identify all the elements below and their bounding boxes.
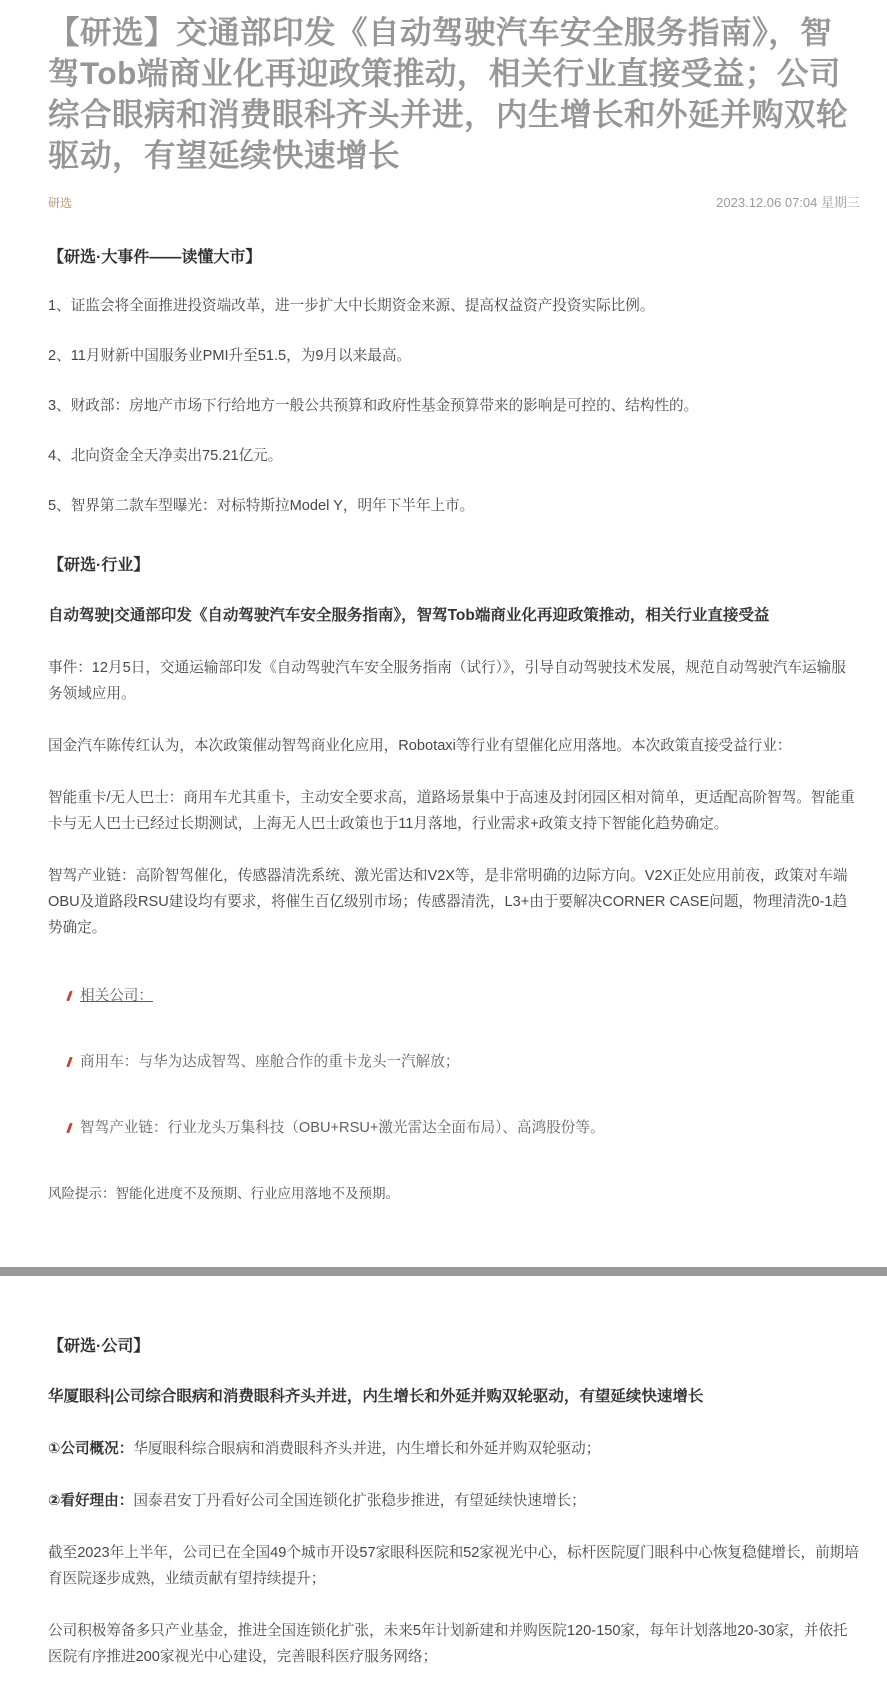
bullet-related-companies: 相关公司： [48, 983, 860, 1009]
section-divider [0, 1267, 887, 1276]
market-item-1: 1、证监会将全面推进投资端改革，进一步扩大中长期资金来源、提高权益资产投资实际比… [48, 293, 860, 319]
market-item-3: 3、财政部：房地产市场下行给地方一般公共预算和政府性基金预算带来的影响是可控的、… [48, 393, 860, 419]
point-text: 华厦眼科综合眼病和消费眼科齐头并进，内生增长和外延并购双轮驱动； [133, 1441, 600, 1457]
point-label: ①公司概况： [48, 1441, 133, 1457]
company-paragraph-hospitals: 截至2023年上半年，公司已在全国49个城市开设57家眼科医院和52家视光中心，… [48, 1540, 860, 1592]
company-paragraph-expansion: 公司积极筹备多只产业基金，推进全国连锁化扩张，未来5年计划新建和并购医院120-… [48, 1618, 860, 1670]
company-subtitle: 华厦眼科|公司综合眼病和消费眼科齐头并进，内生增长和外延并购双轮驱动，有望延续快… [48, 1384, 860, 1410]
related-companies-link[interactable]: 相关公司： [80, 988, 153, 1004]
risk-warning: 风险提示：智能化进度不及预期、行业应用落地不及预期。 [48, 1183, 860, 1205]
industry-paragraph-event: 事件：12月5日，交通运输部印发《自动驾驶汽车安全服务指南（试行）》，引导自动驾… [48, 655, 860, 707]
company-point-reason: ②看好理由：国泰君安丁丹看好公司全国连锁化扩张稳步推进，有望延续快速增长； [48, 1488, 860, 1514]
industry-paragraph-analyst: 国金汽车陈传红认为，本次政策催动智驾商业化应用，Robotaxi等行业有望催化应… [48, 733, 860, 759]
bullet-text: 智驾产业链：行业龙头万集科技（OBU+RSU+激光雷达全面布局）、高鸿股份等。 [80, 1120, 605, 1136]
market-item-2: 2、11月财新中国服务业PMI升至51.5，为9月以来最高。 [48, 343, 860, 369]
source-account-link[interactable]: 研选 [48, 194, 72, 211]
industry-subtitle: 自动驾驶|交通部印发《自动驾驶汽车安全服务指南》，智驾Tob端商业化再迎政策推动… [48, 603, 860, 629]
industry-paragraph-supply-chain: 智驾产业链：高阶智驾催化，传感器清洗系统、激光雷达和V2X等，是非常明确的边际方… [48, 863, 860, 941]
bullet-text: 商用车：与华为达成智驾、座舱合作的重卡龙头一汽解放； [80, 1054, 459, 1070]
red-tick-icon [66, 991, 73, 1001]
bullet-smart-driving-chain: 智驾产业链：行业龙头万集科技（OBU+RSU+激光雷达全面布局）、高鸿股份等。 [48, 1115, 860, 1141]
market-item-4: 4、北向资金全天净卖出75.21亿元。 [48, 443, 860, 469]
article-meta: 研选 2023.12.06 07:04 星期三 [48, 192, 860, 211]
section-header-market-events: 【研选·大事件——读懂大市】 [48, 247, 860, 269]
red-tick-icon [66, 1057, 73, 1067]
article-title: 【研选】交通部印发《自动驾驶汽车安全服务指南》，智驾Tob端商业化再迎政策推动，… [48, 12, 860, 176]
publish-datetime: 2023.12.06 07:04 星期三 [716, 192, 860, 211]
company-point-overview: ①公司概况：华厦眼科综合眼病和消费眼科齐头并进，内生增长和外延并购双轮驱动； [48, 1436, 860, 1462]
section-header-industry: 【研选·行业】 [48, 555, 860, 577]
industry-paragraph-trucks: 智能重卡/无人巴士：商用车尤其重卡，主动安全要求高，道路场景集中于高速及封闭园区… [48, 785, 860, 837]
point-label: ②看好理由： [48, 1493, 133, 1509]
red-tick-icon [66, 1123, 73, 1133]
section-header-company: 【研选·公司】 [48, 1336, 860, 1358]
point-text: 国泰君安丁丹看好公司全国连锁化扩张稳步推进，有望延续快速增长； [133, 1493, 585, 1509]
article: 【研选】交通部印发《自动驾驶汽车安全服务指南》，智驾Tob端商业化再迎政策推动，… [0, 0, 887, 1690]
bullet-commercial-vehicle: 商用车：与华为达成智驾、座舱合作的重卡龙头一汽解放； [48, 1049, 860, 1075]
market-item-5: 5、智界第二款车型曝光：对标特斯拉Model Y，明年下半年上市。 [48, 493, 860, 519]
